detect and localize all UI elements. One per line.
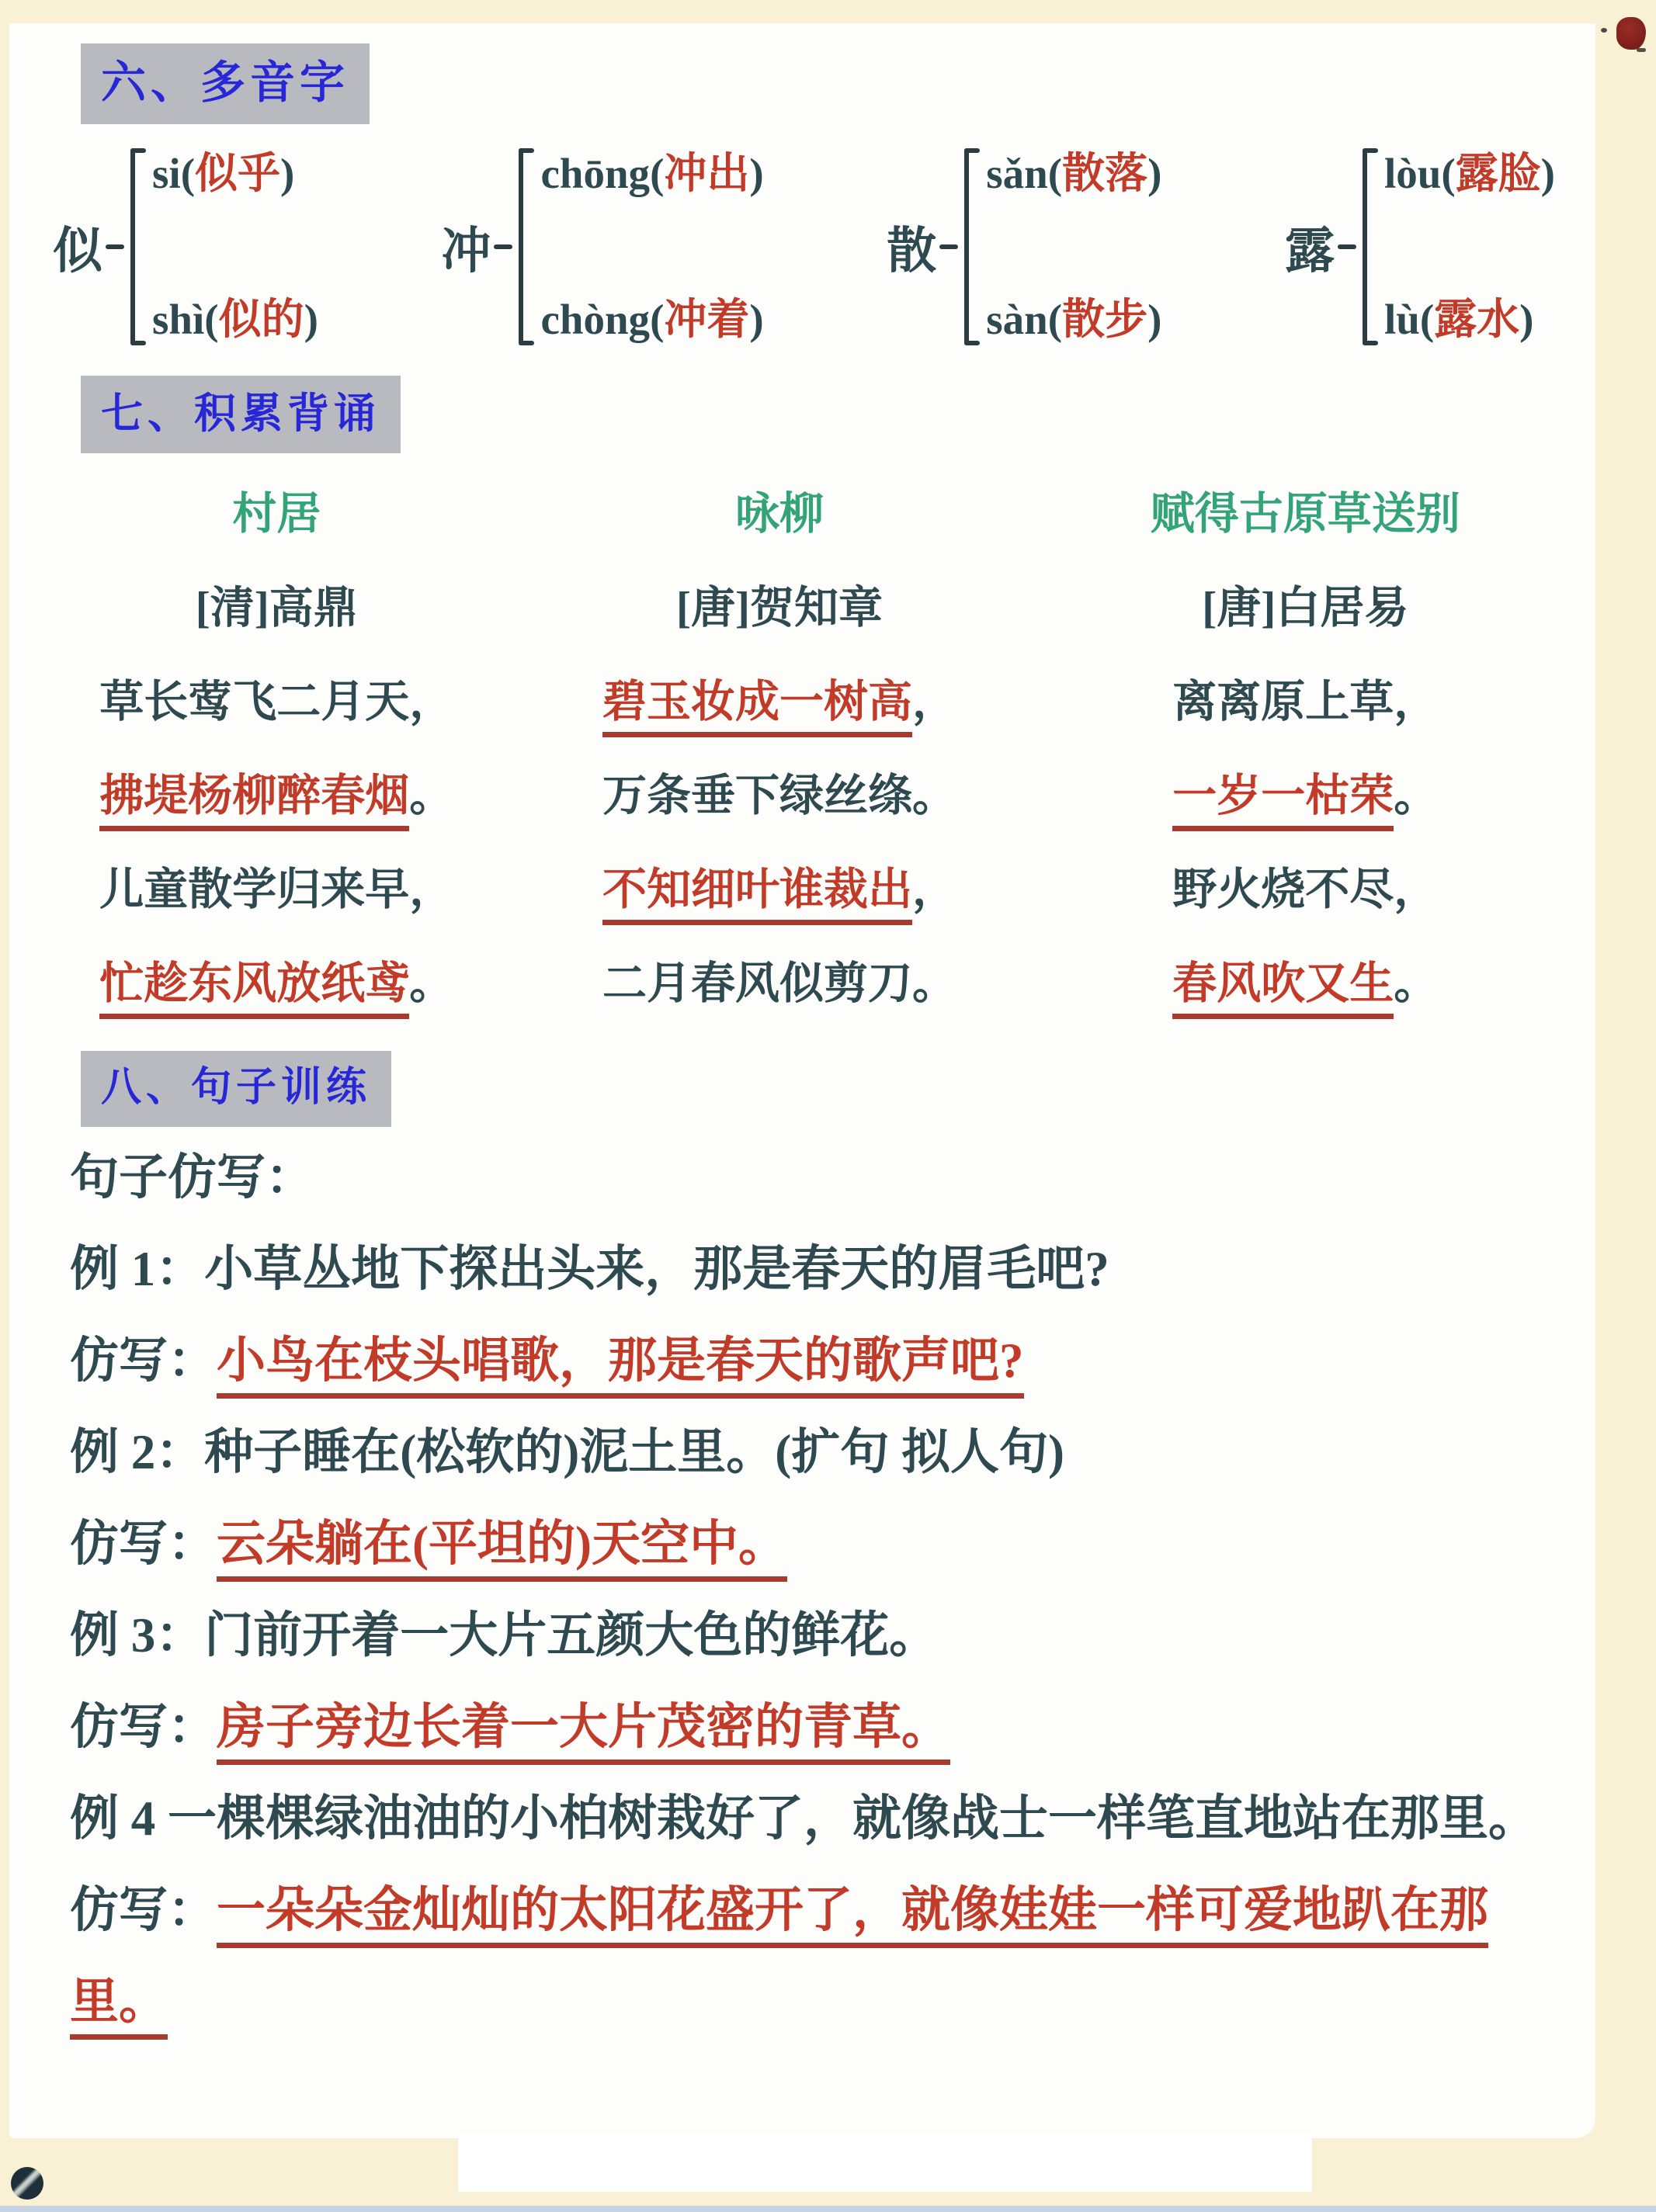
polyphone-row: 似 si(似乎) shì(似的) 冲 chōng(冲出) chòng(冲着) 散… — [40, 135, 1564, 359]
poem-author: [清]高鼎 — [40, 561, 513, 655]
bracket-icon — [958, 145, 984, 348]
pinyin: sǎn — [986, 150, 1048, 197]
poem-line: 离离原上草， — [1047, 655, 1564, 749]
example-word: 似乎 — [195, 150, 280, 197]
reading-line: chōng(冲出) — [540, 151, 763, 198]
pinyin: sàn — [986, 296, 1048, 343]
example-word: 似的 — [219, 296, 304, 343]
poem-line: 春风吹又生。 — [1047, 937, 1564, 1031]
poem-line: 万条垂下绿丝绦。 — [513, 749, 1047, 843]
section-heading-recitation: 七、积累背诵 — [81, 376, 401, 453]
readings: chōng(冲出) chòng(冲着) — [540, 151, 763, 343]
poem-line: 草长莺飞二月天， — [40, 655, 513, 749]
paren: ) — [749, 296, 763, 343]
poem-title: 咏柳 — [513, 467, 1047, 561]
poem-line: 野火烧不尽， — [1047, 843, 1564, 937]
example-word: 露脸 — [1456, 150, 1541, 197]
paren: ) — [1147, 296, 1161, 343]
paren: ) — [1147, 150, 1161, 197]
reading-line: lòu(露脸) — [1384, 151, 1555, 198]
poem-line: 碧玉妆成一树高， — [513, 655, 1047, 749]
paren: ) — [749, 150, 763, 197]
pinyin: lòu — [1384, 150, 1441, 197]
example-word: 露水 — [1434, 296, 1519, 343]
imitation-sentence: 仿写：一朵朵金灿灿的太阳花盛开了，就像娃娃一样可爱地趴在那里。 — [70, 1864, 1549, 2047]
imitation-sentence: 仿写：小鸟在枝头唱歌，那是春天的歌声吧? — [70, 1315, 1549, 1406]
ink-speck — [1601, 28, 1607, 33]
polyphone-char: 散 — [887, 211, 936, 283]
poem-title: 村居 — [40, 467, 513, 561]
polyphone-group-lu: 露 lòu(露脸) lù(露水) — [1285, 145, 1555, 348]
poem-title: 赋得古原草送别 — [1047, 467, 1564, 561]
bottom-white-tab — [458, 2133, 1312, 2192]
bracket-icon — [512, 145, 539, 348]
poem-line: 一岁一枯荣。 — [1047, 749, 1564, 843]
paren: ) — [280, 150, 294, 197]
example-sentence: 例 1：小草丛地下探出头来，那是春天的眉毛吧? — [70, 1223, 1549, 1315]
reading-line: si(似乎) — [152, 151, 318, 198]
poem-line: 不知细叶谁裁出， — [513, 843, 1047, 937]
bracket-stem — [106, 244, 124, 249]
bracket-stem — [494, 244, 512, 249]
paren: ( — [1048, 150, 1062, 197]
paren: ( — [1420, 296, 1434, 343]
imitation-sentence: 仿写：云朵躺在(平坦的)天空中。 — [70, 1498, 1549, 1590]
polyphone-group-si: 似 si(似乎) shì(似的) — [53, 145, 318, 348]
example-sentence: 例 4 一棵棵绿油油的小柏树栽好了，就像战士一样笔直地站在那里。 — [70, 1773, 1549, 1864]
section-heading-sentences: 八、句子训练 — [81, 1051, 391, 1127]
reading-line: chòng(冲着) — [540, 296, 763, 344]
poem-line: 拂堤杨柳醉春烟。 — [40, 749, 513, 843]
pinyin: chōng — [540, 150, 650, 197]
paren: ( — [181, 150, 195, 197]
poems-row: 村居 [清]高鼎 草长莺飞二月天， 拂堤杨柳醉春烟。 儿童散学归来早， 忙趁东风… — [40, 467, 1564, 1031]
example-sentence: 例 2：种子睡在(松软的)泥土里。(扩句 拟人句) — [70, 1406, 1549, 1498]
pinyin: shì — [152, 296, 204, 343]
reading-line: shì(似的) — [152, 296, 318, 344]
poem-line: 忙趁东风放纸鸢。 — [40, 937, 513, 1031]
bracket-stem — [1338, 244, 1356, 249]
readings: sǎn(散落) sàn(散步) — [986, 151, 1161, 343]
readings: lòu(露脸) lù(露水) — [1384, 151, 1555, 343]
poem-author: [唐]白居易 — [1047, 561, 1564, 655]
worksheet-page: 六、多音字 似 si(似乎) shì(似的) 冲 chōng(冲出) chòng… — [9, 23, 1595, 2138]
polyphone-group-san: 散 sǎn(散落) sàn(散步) — [887, 145, 1161, 348]
imitation-sentence: 仿写：房子旁边长着一大片茂密的青草。 — [70, 1681, 1549, 1773]
sentence-section: 句子仿写： 例 1：小草丛地下探出头来，那是春天的眉毛吧? 仿写：小鸟在枝头唱歌… — [40, 1132, 1564, 2047]
polyphone-char: 似 — [53, 211, 102, 283]
paren: ) — [1519, 296, 1533, 343]
paren: ( — [1441, 150, 1455, 197]
example-word: 冲出 — [664, 150, 749, 197]
paren: ( — [204, 296, 218, 343]
poem-yongliu: 咏柳 [唐]贺知章 碧玉妆成一树高， 万条垂下绿丝绦。 不知细叶谁裁出， 二月春… — [513, 467, 1047, 1031]
polyphone-char: 露 — [1285, 211, 1335, 283]
example-word: 冲着 — [664, 296, 749, 343]
example-word: 散步 — [1062, 296, 1147, 343]
paren: ) — [1541, 150, 1555, 197]
subheading-imitation: 句子仿写： — [70, 1132, 1549, 1223]
poem-author: [唐]贺知章 — [513, 561, 1047, 655]
paren: ( — [650, 150, 664, 197]
screw-icon — [11, 2167, 43, 2200]
bracket-stem — [939, 244, 958, 249]
readings: si(似乎) shì(似的) — [152, 151, 318, 343]
pinyin: si — [152, 150, 181, 197]
reading-line: sàn(散步) — [986, 296, 1161, 344]
pinyin: chòng — [540, 296, 650, 343]
bracket-icon — [124, 145, 151, 348]
reading-line: sǎn(散落) — [986, 151, 1161, 198]
ink-speck — [1637, 48, 1646, 52]
polyphone-char: 冲 — [441, 211, 491, 283]
paren: ( — [1048, 296, 1062, 343]
pinyin: lù — [1384, 296, 1420, 343]
paren: ) — [304, 296, 318, 343]
example-sentence: 例 3：门前开着一大片五颜大色的鲜花。 — [70, 1590, 1549, 1681]
poem-line: 儿童散学归来早， — [40, 843, 513, 937]
poem-line: 二月春风似剪刀。 — [513, 937, 1047, 1031]
paren: ( — [650, 296, 664, 343]
example-word: 散落 — [1062, 150, 1147, 197]
reading-line: lù(露水) — [1384, 296, 1555, 344]
polyphone-group-chong: 冲 chōng(冲出) chòng(冲着) — [441, 145, 763, 348]
poem-fudegu: 赋得古原草送别 [唐]白居易 离离原上草， 一岁一枯荣。 野火烧不尽， 春风吹又… — [1047, 467, 1564, 1031]
bracket-icon — [1356, 145, 1383, 348]
section-heading-polyphones: 六、多音字 — [81, 43, 370, 124]
poem-cunju: 村居 [清]高鼎 草长莺飞二月天， 拂堤杨柳醉春烟。 儿童散学归来早， 忙趁东风… — [40, 467, 513, 1031]
red-seal-blob — [1616, 17, 1646, 50]
